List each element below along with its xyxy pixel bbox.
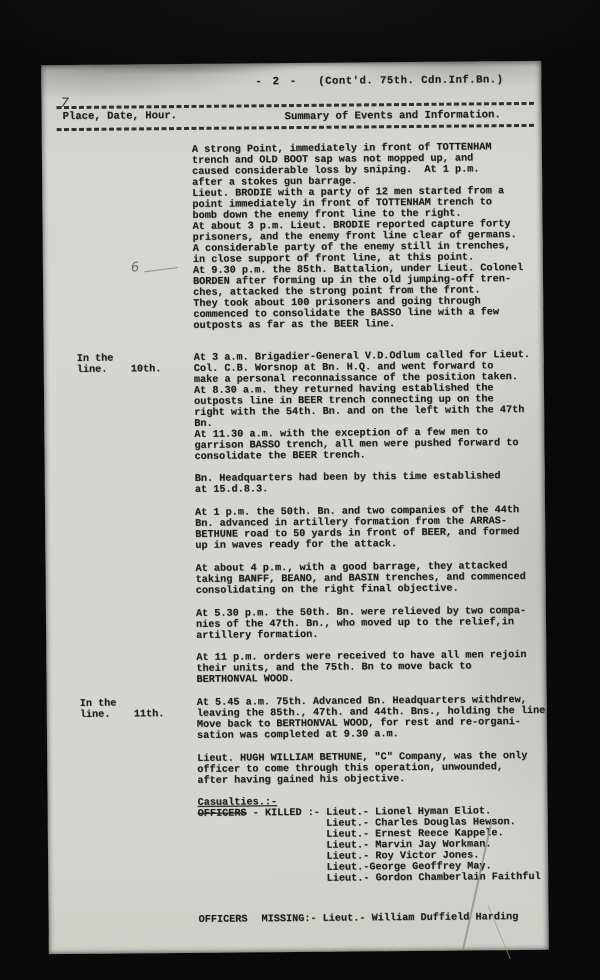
continued-header: (Cont'd. 75th. Cdn.Inf.Bn.)	[318, 75, 503, 88]
date-label: 10th.	[131, 364, 162, 375]
place-date-column: In the line. 10th.	[44, 353, 194, 378]
dashed-rule-top	[56, 102, 534, 109]
document-page: - 2 - (Cont'd. 75th. Cdn.Inf.Bn.) 7 Plac…	[41, 61, 549, 954]
diary-paragraph: At 3 a.m. Brigadier-General V.D.Odlum ca…	[194, 350, 545, 463]
casualties-killed-row: OFFICERS - KILLED :- Lieut.- Lionel Hyma…	[198, 806, 549, 886]
diary-paragraph: At about 4 p.m., with a good barrage, th…	[195, 561, 545, 597]
place-date-column	[42, 145, 192, 170]
diary-content: A strong Point, immediately in front of …	[42, 141, 549, 927]
summary-column: A strong Point, immediately in front of …	[192, 142, 544, 332]
missing-officers-label: OFFICERS	[199, 914, 248, 925]
diary-entry: In the line. 11th. At 5.45 a.m. 75th. Ad…	[47, 695, 549, 927]
place-date-column: In the line. 11th.	[47, 698, 197, 723]
diary-paragraph: At 1 p.m. the 50th. Bn. and two companie…	[195, 505, 545, 552]
column-header-place-date-hour: Place, Date, Hour.	[63, 111, 178, 123]
diary-paragraph: At 11 p.m. orders were received to have …	[196, 650, 546, 686]
diary-paragraph: A strong Point, immediately in front of …	[192, 142, 544, 332]
killed-officer-names: Lieut.- Lionel Hyman Eliot. Lieut.- Char…	[326, 806, 541, 885]
column-header-summary: Summary of Events and Information.	[285, 110, 501, 123]
dashed-rule-bottom	[57, 124, 535, 131]
page-number: - 2 -	[255, 77, 298, 88]
diary-paragraph: At 5.45 a.m. 75th. Advanced Bn. Headquar…	[197, 695, 547, 742]
date-label: 11th.	[134, 709, 165, 720]
killed-officers-label: OFFICERS	[198, 808, 248, 885]
diary-paragraph: Lieut. HUGH WILLIAM BETHUNE, "C" Company…	[197, 751, 547, 787]
summary-column: At 5.45 a.m. 75th. Advanced Bn. Headquar…	[197, 695, 549, 926]
scan-background: - 2 - (Cont'd. 75th. Cdn.Inf.Bn.) 7 Plac…	[0, 0, 600, 980]
casualties-heading-text: Casualties.:-	[198, 797, 278, 809]
killed-label: - KILLED :-	[247, 808, 327, 886]
diary-entry: In the line. 10th. At 3 a.m. Brigadier-G…	[44, 350, 547, 687]
handwritten-mark: 7	[60, 98, 69, 109]
diary-paragraph: Bn. Headquarters had been by this time e…	[195, 471, 545, 496]
missing-officer-name: MISSING:- Lieut.- William Duffield Hardi…	[261, 912, 518, 925]
diary-entry: A strong Point, immediately in front of …	[42, 142, 544, 333]
summary-column: At 3 a.m. Brigadier-General V.D.Odlum ca…	[194, 350, 547, 686]
diary-paragraph: At 5.30 p.m. the 50th. Bn. were relieved…	[196, 606, 546, 642]
